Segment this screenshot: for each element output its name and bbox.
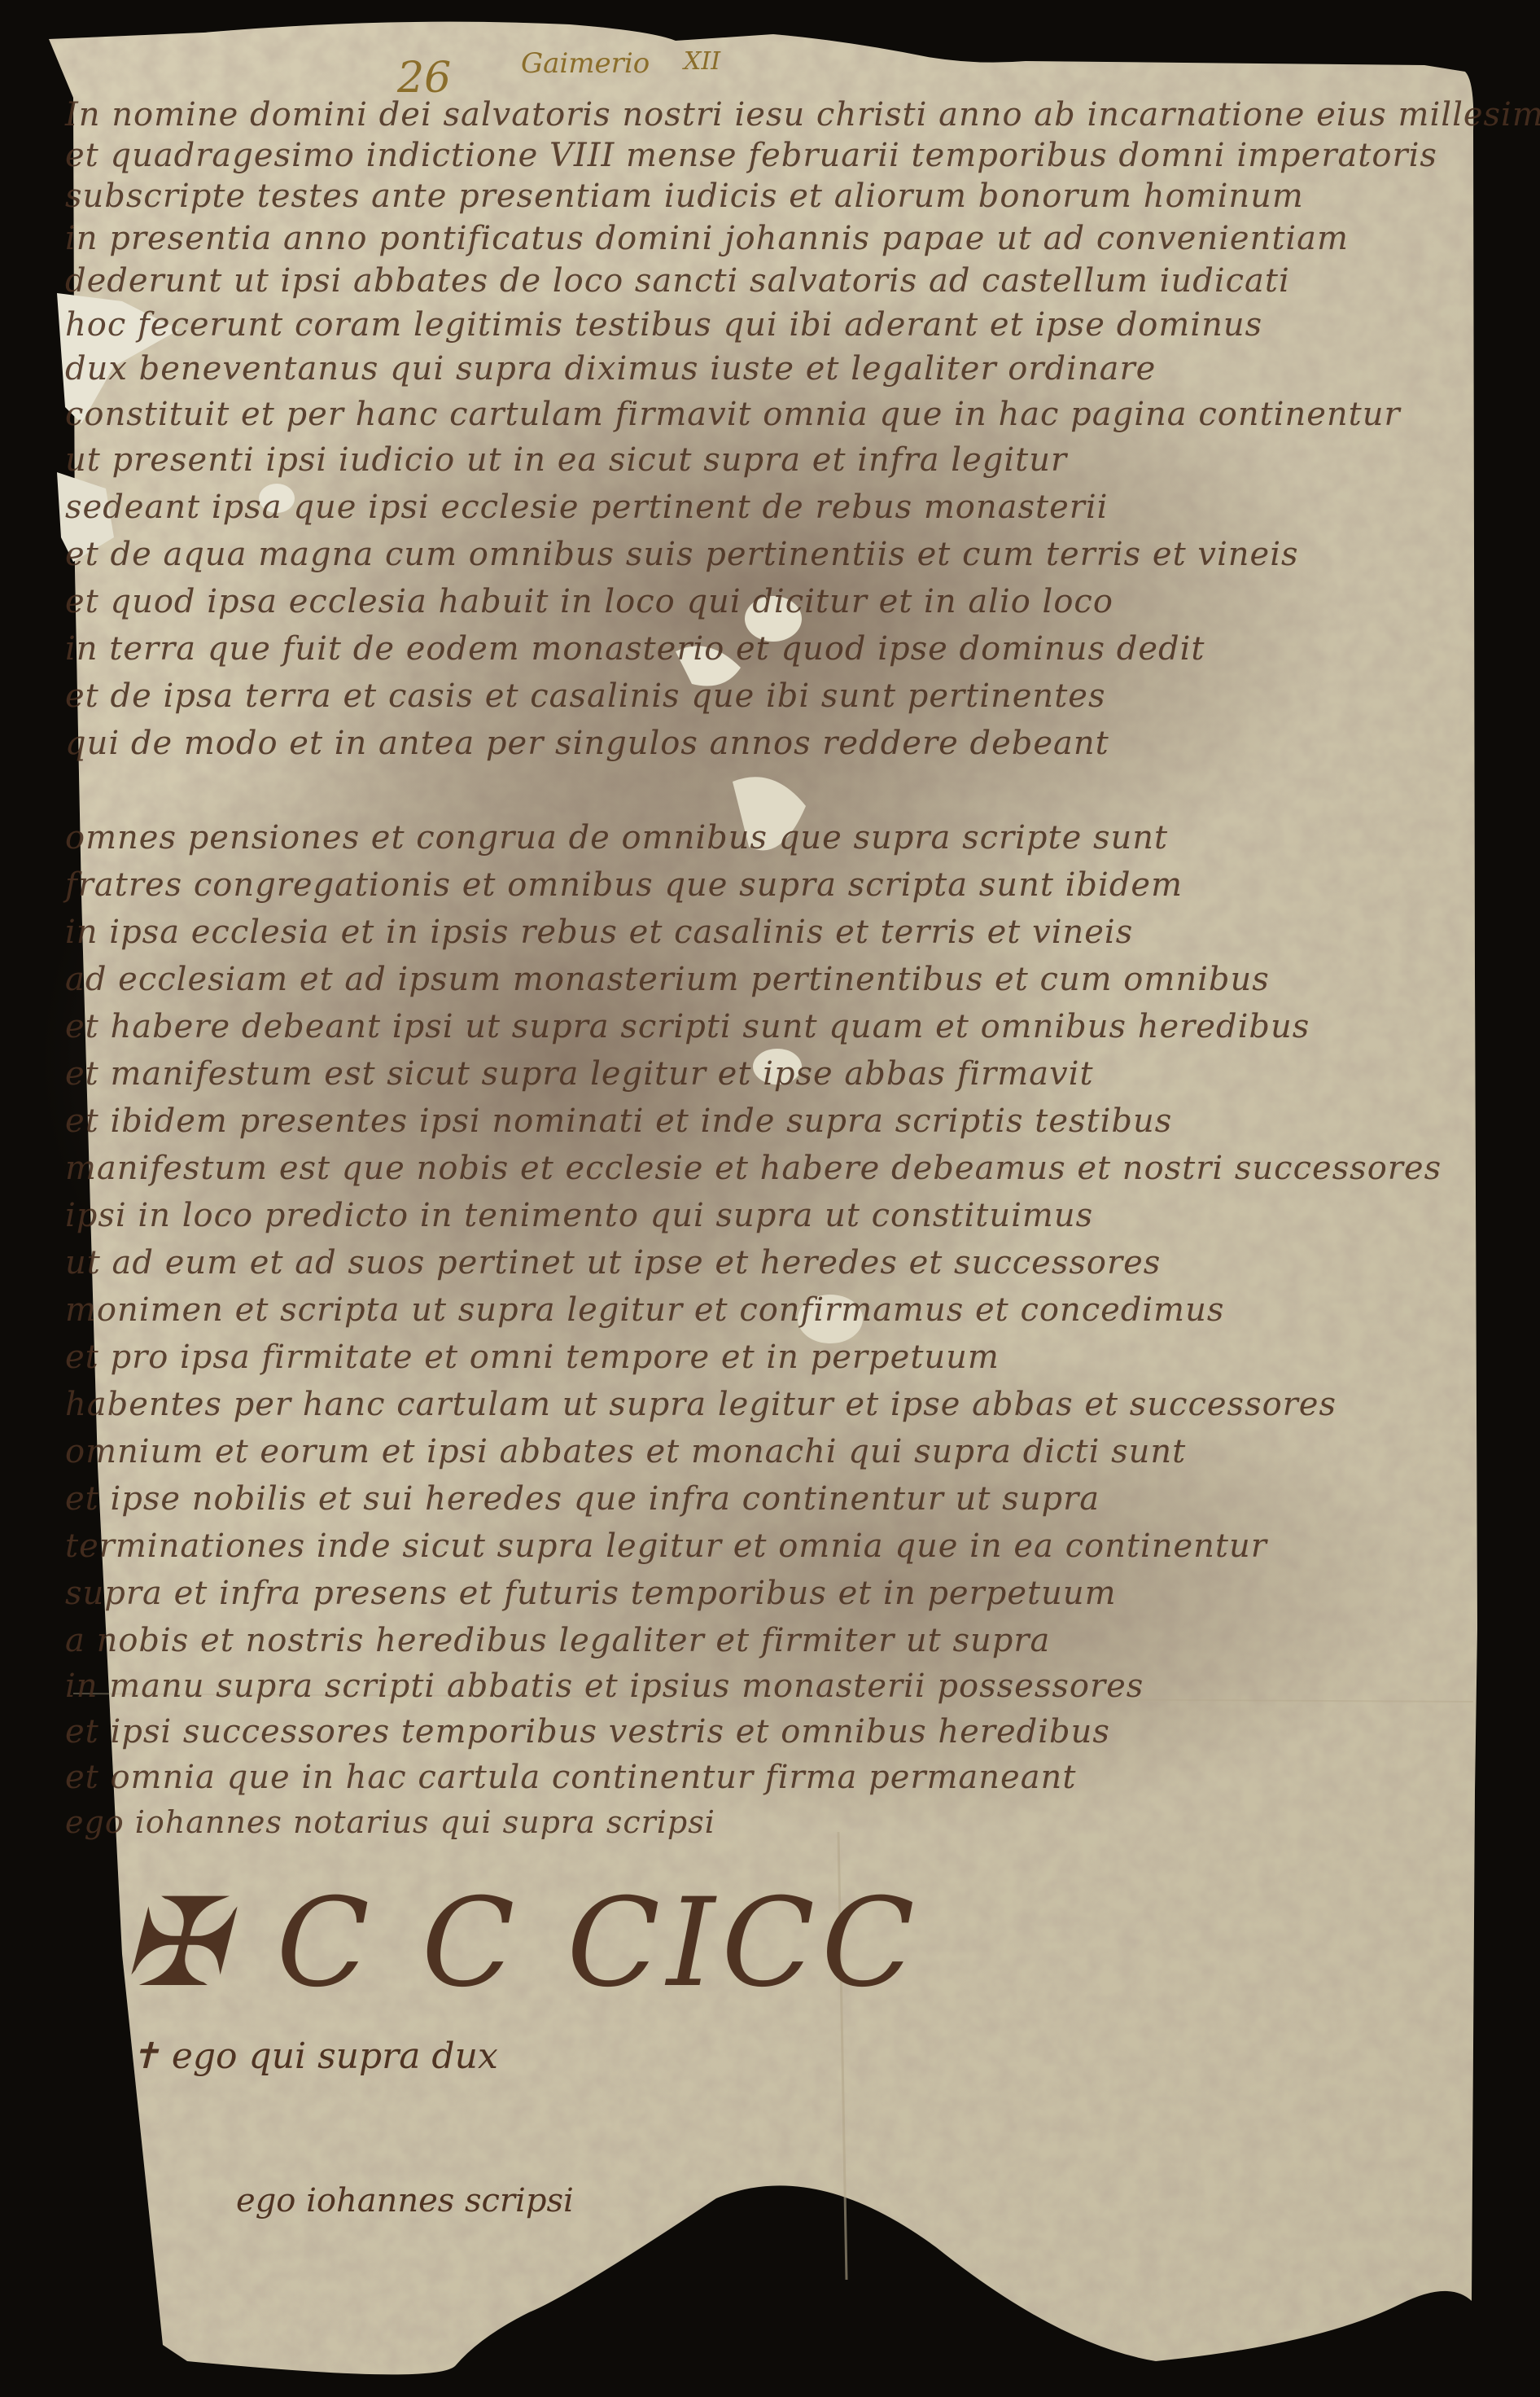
- text-line: et manifestum est sicut supra legitur et…: [65, 1055, 1094, 1093]
- text-line: qui de modo et in antea per singulos ann…: [65, 725, 1109, 762]
- text-line: in ipsa ecclesia et in ipsis rebus et ca…: [65, 914, 1133, 951]
- text-line: et quod ipsa ecclesia habuit in loco qui…: [65, 583, 1113, 620]
- text-line: hoc fecerunt coram legitimis testibus qu…: [65, 306, 1262, 344]
- text-line: constituit et per hanc cartulam firmavit…: [65, 396, 1401, 433]
- text-line: et pro ipsa firmitate et omni tempore et…: [65, 1339, 1000, 1376]
- text-line: et ibidem presentes ipsi nominati et ind…: [65, 1102, 1172, 1140]
- witness-signature: ✝ ego qui supra dux: [130, 2035, 498, 2077]
- text-line: monimen et scripta ut supra legitur et c…: [65, 1291, 1224, 1329]
- archival-numeral: XII: [684, 47, 720, 76]
- text-line: manifestum est que nobis et ecclesie et …: [65, 1150, 1442, 1187]
- archival-number: 26: [397, 54, 451, 103]
- text-line: et habere debeant ipsi ut supra scripti …: [65, 1008, 1310, 1045]
- text-line: omnium et eorum et ipsi abbates et monac…: [65, 1433, 1186, 1470]
- text-line: ipsi in loco predicto in tenimento qui s…: [65, 1197, 1093, 1234]
- cross-monogram: ✠ C C CICC: [122, 1873, 921, 2014]
- text-line: ut ad eum et ad suos pertinet ut ipse et…: [65, 1244, 1161, 1282]
- text-line: et omnia que in hac cartula continentur …: [65, 1759, 1076, 1796]
- notary-signature: ego iohannes scripsi: [236, 2182, 574, 2220]
- text-line: terminationes inde sicut supra legitur e…: [65, 1527, 1267, 1565]
- text-line: ut presenti ipsi iudicio ut in ea sicut …: [65, 441, 1067, 479]
- text-line: a nobis et nostris heredibus legaliter e…: [65, 1622, 1050, 1659]
- text-line: in presentia anno pontificatus domini jo…: [65, 220, 1349, 257]
- text-line: subscripte testes ante presentiam iudici…: [65, 177, 1304, 215]
- text-line: dux beneventanus qui supra diximus iuste…: [65, 350, 1156, 388]
- text-line: In nomine domini dei salvatoris nostri i…: [65, 96, 1540, 134]
- text-line: habentes per hanc cartulam ut supra legi…: [65, 1386, 1337, 1423]
- text-line: ego iohannes notarius qui supra scripsi: [65, 1804, 715, 1840]
- text-line: fratres congregationis et omnibus que su…: [65, 866, 1183, 904]
- text-line: omnes pensiones et congrua de omnibus qu…: [65, 819, 1168, 857]
- text-line: et de aqua magna cum omnibus suis pertin…: [65, 536, 1299, 573]
- text-line: supra et infra presens et futuris tempor…: [65, 1575, 1117, 1612]
- text-line: ad ecclesiam et ad ipsum monasterium per…: [65, 961, 1270, 998]
- text-line: et ipse nobilis et sui heredes que infra…: [65, 1480, 1100, 1518]
- archival-name: Gaimerio: [521, 47, 650, 80]
- text-line: et ipsi successores temporibus vestris e…: [65, 1713, 1110, 1751]
- text-line: dederunt ut ipsi abbates de loco sancti …: [65, 262, 1290, 300]
- text-line: et de ipsa terra et casis et casalinis q…: [65, 677, 1105, 715]
- text-line: in terra que fuit de eodem monasterio et…: [65, 630, 1205, 668]
- text-line: in manu supra scripti abbatis et ipsius …: [65, 1667, 1144, 1705]
- text-line: sedeant ipsa que ipsi ecclesie pertinent…: [65, 489, 1108, 526]
- text-line: et quadragesimo indictione VIII mense fe…: [65, 137, 1437, 174]
